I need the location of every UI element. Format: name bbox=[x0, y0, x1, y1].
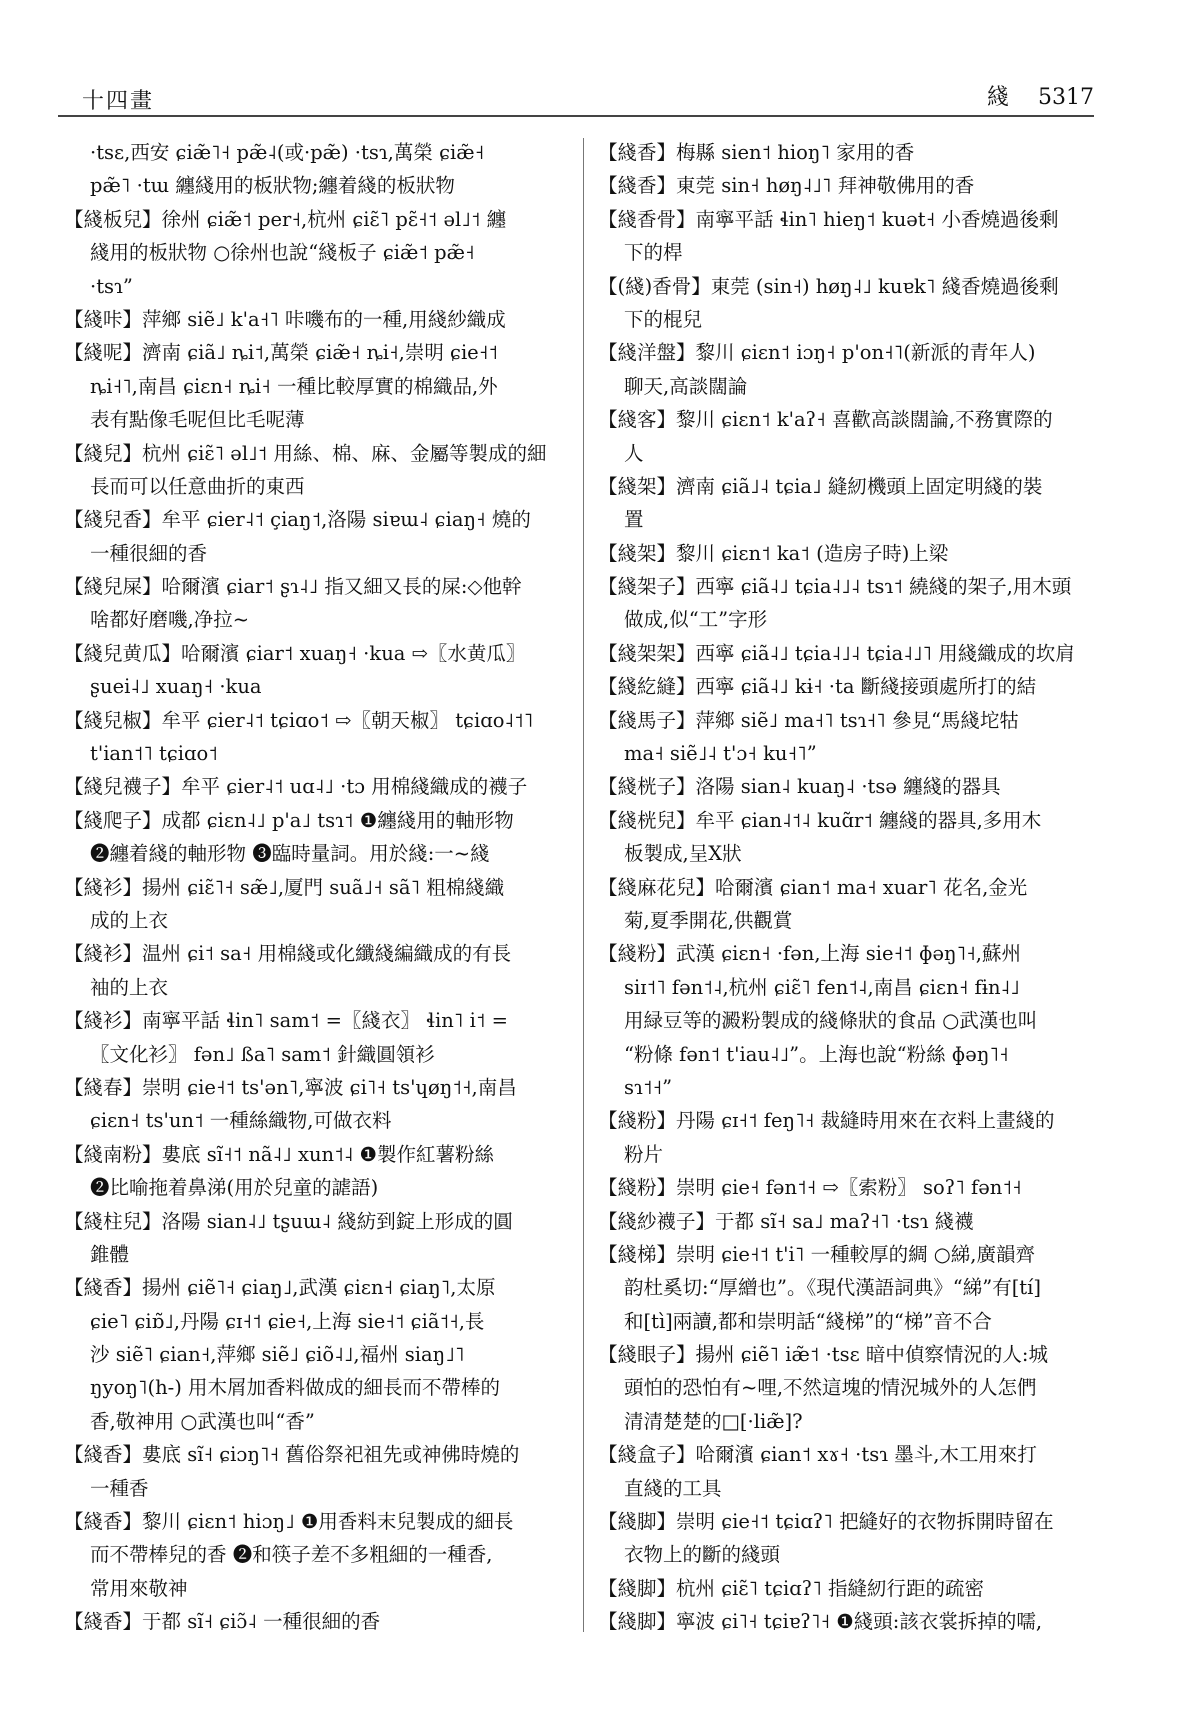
dictionary-entry-line: 【綫紗襪子】于都 sĩ˧ sa˩ maʔ˧˥ ·tsɿ 綫襪 bbox=[598, 1205, 1118, 1238]
dictionary-entry-line: 【綫兒椒】牟平 ɕier˨˦ tɕiɑo˦ ⇨〖朝天椒〗 tɕiɑo˨˦˥ bbox=[64, 704, 584, 737]
entry-continuation-line: 常用來敬神 bbox=[64, 1572, 584, 1605]
dictionary-entry-line: 【綫紇縫】西寧 ɕiã˨˩ kɨ˧ ·ta 斷綫接頭處所打的結 bbox=[598, 670, 1118, 703]
dictionary-entry-line: 【綫兒】杭州 ɕiɛ̃˥ əl˩˦ 用絲、棉、麻、金屬等製成的細 bbox=[64, 437, 584, 470]
dictionary-entry-line: 【綫脚】杭州 ɕiɛ̃˥ tɕiɑʔ˥ 指縫紉行距的疏密 bbox=[598, 1572, 1118, 1605]
dictionary-entry-line: 【綫香】揚州 ɕiẽ˥˧ ɕiaŋ˩,武漢 ɕiɛn˧ ɕiaŋ˥,太原 bbox=[64, 1271, 584, 1304]
dictionary-entry-line: 【綫衫】温州 ɕi˦ sa˧ 用棉綫或化纖綫編織成的有長 bbox=[64, 937, 584, 970]
entry-continuation-line: ·tsɿ” bbox=[64, 270, 584, 303]
entry-continuation-line: “粉條 fən˦ t'iau˨˩”。上海也說“粉絲 ɸəŋ˥˧ bbox=[598, 1038, 1118, 1071]
entry-continuation-line: 下的棍兒 bbox=[598, 303, 1118, 336]
dictionary-entry-line: 【綫香】東莞 sin˧ høŋ˨˩˥ 拜神敬佛用的香 bbox=[598, 169, 1118, 202]
dictionary-entry-line: 【綫粉】丹陽 ɕɪ˧˦ feŋ˥˧ 裁縫時用來在衣料上畫綫的 bbox=[598, 1104, 1118, 1137]
section-label: 十四畫 bbox=[82, 84, 154, 115]
dictionary-entry-line: 【綫兒襪子】牟平 ɕier˨˦ uɑ˨˩ ·tɔ 用棉綫織成的襪子 bbox=[64, 770, 584, 803]
entry-continuation-line: 袖的上衣 bbox=[64, 971, 584, 1004]
header-rule bbox=[58, 115, 1094, 117]
entry-continuation-line: 菊,夏季開花,供觀賞 bbox=[598, 904, 1118, 937]
dictionary-entry-line: 【綫麻花兒】哈爾濱 ɕian˦ ma˧ xuar˥ 花名,金光 bbox=[598, 871, 1118, 904]
entry-continuation-line: ɕie˥ ɕiɒ̃˩,丹陽 ɕɪ˧˦ ɕie˧,上海 sie˧˦ ɕiã˦˧,長 bbox=[64, 1305, 584, 1338]
entry-continuation-line: 清清楚楚的□[·liæ̃]? bbox=[598, 1405, 1118, 1438]
dictionary-entry-line: 【綫粉】武漢 ɕiɛn˧ ·fən,上海 sie˧˦ ɸəŋ˥˧,蘇州 bbox=[598, 937, 1118, 970]
entry-continuation-line: 長而可以任意曲折的東西 bbox=[64, 470, 584, 503]
dictionary-entry-line: 【綫桄子】洛陽 sian˨ kuaŋ˨ ·tsə 纏綫的器具 bbox=[598, 770, 1118, 803]
entry-continuation-line: ❷比喻拖着鼻涕(用於兒童的謔語) bbox=[64, 1171, 584, 1204]
dictionary-entry-line: 【綫兒黄瓜】哈爾濱 ɕiar˦ xuaŋ˧ ·kua ⇨〖水黄瓜〗 bbox=[64, 637, 584, 670]
dictionary-entry-line: 【綫香】于都 sĩ˧ ɕiɔ̃˨ 一種很細的香 bbox=[64, 1605, 584, 1638]
entry-continuation-line: 直綫的工具 bbox=[598, 1472, 1118, 1505]
entry-continuation-line: 下的桿 bbox=[598, 236, 1118, 269]
page-number: 5317 bbox=[1038, 85, 1094, 110]
head-character: 綫 bbox=[987, 85, 1009, 110]
dictionary-entry-line: 【綫桄兒】牟平 ɕian˨˦˨ kuɑ̃r˦ 纏綫的器具,多用木 bbox=[598, 804, 1118, 837]
dictionary-entry-line: 【綫衫】南寧平話 ɬin˥ sam˦ =〖綫衣〗 ɬin˥ i˦ = bbox=[64, 1004, 584, 1037]
entry-continuation-line: 聊天,高談闊論 bbox=[598, 370, 1118, 403]
entry-continuation-line: ɕiɛn˧ ts'un˦ 一種絲織物,可做衣料 bbox=[64, 1104, 584, 1137]
page-head-info: 綫 5317 bbox=[987, 80, 1094, 111]
dictionary-entry-line: 【綫春】崇明 ɕie˧˦ ts'ən˥,寧波 ɕi˥˧ ts'ɥøŋ˦˧,南昌 bbox=[64, 1071, 584, 1104]
dictionary-entry-line: 【綫架】黎川 ɕiɛn˦ ka˦ (造房子時)上梁 bbox=[598, 537, 1118, 570]
entry-continuation-line: siɪ˦˥ fən˦˨,杭州 ɕiɛ̃˥ fen˦˨,南昌 ɕiɛn˧ fɨn˨… bbox=[598, 971, 1118, 1004]
entry-continuation-line: ʂuei˨˩ xuaŋ˧ ·kua bbox=[64, 670, 584, 703]
dictionary-entry-line: 【綫香骨】南寧平話 ɬin˥ hieŋ˦ kuət˧ 小香燒過後剩 bbox=[598, 203, 1118, 236]
entry-continuation-line: 成的上衣 bbox=[64, 904, 584, 937]
dictionary-entry-line: 【綫香】梅縣 sien˦ hioŋ˥ 家用的香 bbox=[598, 136, 1118, 169]
entry-continuation-line: ȵi˧˥,南昌 ɕiɛn˧ ȵi˧ 一種比較厚實的棉織品,外 bbox=[64, 370, 584, 403]
entry-continuation-line: 一種香 bbox=[64, 1472, 584, 1505]
entry-continuation-line: ma˧ siẽ˩˨ t'ɔ˧ ku˧˥” bbox=[598, 737, 1118, 770]
dictionary-entry-line: 【綫板兒】徐州 ɕiæ̃˦ per˧,杭州 ɕiɛ̃˥ pɛ̃˧˦ əl˩˦ 纏 bbox=[64, 203, 584, 236]
entry-continuation-line: 頭怕的恐怕有~哩,不然這塊的情況城外的人怎們 bbox=[598, 1371, 1118, 1404]
entry-continuation-line: 板製成,呈X狀 bbox=[598, 837, 1118, 870]
entry-continuation-line: 香,敬神用 ○武漢也叫“香” bbox=[64, 1405, 584, 1438]
dictionary-entry-line: 【綫柱兒】洛陽 sian˨˩ tʂuɯ˨ 綫紡到錠上形成的圓 bbox=[64, 1205, 584, 1238]
dictionary-entry-line: 【綫粉】崇明 ɕie˧ fən˦˧ ⇨〖索粉〗 soʔ˥ fən˦˧ bbox=[598, 1171, 1118, 1204]
entry-continuation-line: 綫用的板狀物 ○徐州也說“綫板子 ɕiæ̃˦ pæ̃˧ bbox=[64, 236, 584, 269]
entry-continuation-line: sɿ˦˧” bbox=[598, 1071, 1118, 1104]
dictionary-entry-line: 【綫香】婁底 sĩ˧ ɕiɔŋ˥˧ 舊俗祭祀祖先或神佛時燒的 bbox=[64, 1438, 584, 1471]
entry-continuation-line: 〖文化衫〗 fən˩ ßa˥ sam˦ 針織圓領衫 bbox=[64, 1038, 584, 1071]
left-column: ·tsɛ,西安 ɕiæ̃˥˧ pæ̃˨(或·pæ̃) ·tsɿ,萬榮 ɕiæ̃˧… bbox=[64, 136, 584, 1639]
dictionary-entry-line: 【綫架子】西寧 ɕiã˨˩ tɕia˨˩˨ tsɿ˦ 繞綫的架子,用木頭 bbox=[598, 570, 1118, 603]
entry-continuation-line: pæ̃˥ ·tɯ 纏綫用的板狀物;纏着綫的板狀物 bbox=[64, 169, 584, 202]
dictionary-entry-line: 【綫梯】崇明 ɕie˧˦ t'i˥ 一種較厚的綢 ○綈,廣韻齊 bbox=[598, 1238, 1118, 1271]
entry-continuation-line: 表有點像毛呢但比毛呢薄 bbox=[64, 403, 584, 436]
dictionary-entry-line: 【綫馬子】萍鄉 siẽ˩ ma˧˥ tsɿ˧˥ 參見“馬綫坨牯 bbox=[598, 704, 1118, 737]
entry-continuation-line: 人 bbox=[598, 437, 1118, 470]
entry-continuation-line: 錐體 bbox=[64, 1238, 584, 1271]
entry-continuation-line: ŋyoŋ˥(h-) 用木屑加香料做成的細長而不帶棒的 bbox=[64, 1371, 584, 1404]
dictionary-entry-line: 【綫脚】崇明 ɕie˧˦ tɕiɑʔ˥ 把縫好的衣物拆開時留在 bbox=[598, 1505, 1118, 1538]
dictionary-entry-line: 【綫衫】揚州 ɕiɛ̃˥˧ sæ̃˩,厦門 suã˩˧ sã˥ 粗棉綫織 bbox=[64, 871, 584, 904]
dictionary-entry-line: 【綫咔】萍鄉 siẽ˩ k'a˧˥ 咔嘰布的一種,用綫紗織成 bbox=[64, 303, 584, 336]
entry-continuation-line: ❷纏着綫的軸形物 ❸臨時量詞。用於綫:一~綫 bbox=[64, 837, 584, 870]
entry-continuation-line: 用緑豆等的澱粉製成的綫條狀的食品 ○武漢也叫 bbox=[598, 1004, 1118, 1037]
right-column: 【綫香】梅縣 sien˦ hioŋ˥ 家用的香【綫香】東莞 sin˧ høŋ˨˩… bbox=[598, 136, 1118, 1639]
dictionary-entry-line: 【綫兒屎】哈爾濱 ɕiar˦ ʂɿ˨˩ 指又細又長的屎:◇他幹 bbox=[64, 570, 584, 603]
page-header: 十四畫 綫 5317 bbox=[58, 70, 1094, 120]
dictionary-entry-line: 【綫呢】濟南 ɕiã˩ ȵi˦,萬榮 ɕiæ̃˧ ȵi˧,崇明 ɕie˧˦ bbox=[64, 336, 584, 369]
entry-continuation-line: t'ian˦˥ tɕiɑo˦ bbox=[64, 737, 584, 770]
dictionary-entry-line: 【綫爬子】成都 ɕiɛn˨˩ p'a˩ tsɿ˦ ❶纏綫用的軸形物 bbox=[64, 804, 584, 837]
entry-continuation-line: 韵杜奚切:“厚繒也”。《現代漢語詞典》“綈”有[tí] bbox=[598, 1271, 1118, 1304]
entry-continuation-line: 啥都好磨嘰,净拉~ bbox=[64, 603, 584, 636]
dictionary-entry-line: 【綫兒香】牟平 ɕier˨˦ çiaŋ˦,洛陽 siɐɯ˨ ɕiaŋ˧ 燒的 bbox=[64, 503, 584, 536]
entry-continuation-line: ·tsɛ,西安 ɕiæ̃˥˧ pæ̃˨(或·pæ̃) ·tsɿ,萬榮 ɕiæ̃˧ bbox=[64, 136, 584, 169]
dictionary-entry-line: 【(綫)香骨】東莞 (sin˧) høŋ˨˩ kuɐk˥ 綫香燒過後剩 bbox=[598, 270, 1118, 303]
dictionary-entry-line: 【綫脚】寧波 ɕi˥˧ tɕiɐʔ˥˧ ❶綫頭:該衣裳拆掉的嚅, bbox=[598, 1605, 1118, 1638]
entry-continuation-line: 而不帶棒兒的香 ❷和筷子差不多粗細的一種香, bbox=[64, 1538, 584, 1571]
dictionary-entry-line: 【綫架架】西寧 ɕiã˨˩ tɕia˨˩˨ tɕia˨˩˥ 用綫織成的坎肩 bbox=[598, 637, 1118, 670]
dictionary-entry-line: 【綫香】黎川 ɕiɛn˦ hiɔŋ˩ ❶用香料末兒製成的細長 bbox=[64, 1505, 584, 1538]
entry-continuation-line: 粉片 bbox=[598, 1138, 1118, 1171]
entry-continuation-line: 沙 siẽ˥ ɕian˧,萍鄉 siẽ˩ ɕiõ˨˩,福州 siaŋ˩˥ bbox=[64, 1338, 584, 1371]
entry-continuation-line: 衣物上的斷的綫頭 bbox=[598, 1538, 1118, 1571]
entry-continuation-line: 置 bbox=[598, 503, 1118, 536]
dictionary-entry-line: 【綫南粉】婁底 sĩ˧˦ nã˨˩ xun˦˨ ❶製作紅薯粉絲 bbox=[64, 1138, 584, 1171]
dictionary-entry-line: 【綫眼子】揚州 ɕiẽ˥ iæ̃˦ ·tsɛ 暗中偵察情況的人:城 bbox=[598, 1338, 1118, 1371]
dictionary-entry-line: 【綫架】濟南 ɕiã˩˨ tɕia˩ 縫紉機頭上固定明綫的裝 bbox=[598, 470, 1118, 503]
dictionary-entry-line: 【綫客】黎川 ɕiɛn˦ k'aʔ˧ 喜歡高談闊論,不務實際的 bbox=[598, 403, 1118, 436]
entry-continuation-line: 和[tì]兩讀,都和崇明話“綫梯”的“梯”音不合 bbox=[598, 1305, 1118, 1338]
entry-continuation-line: 一種很細的香 bbox=[64, 537, 584, 570]
dictionary-entry-line: 【綫盒子】哈爾濱 ɕian˦ xɤ˧ ·tsɿ 墨斗,木工用來打 bbox=[598, 1438, 1118, 1471]
dictionary-entry-line: 【綫洋盤】黎川 ɕiɛn˦ iɔŋ˧ p'on˧˥(新派的青年人) bbox=[598, 336, 1118, 369]
entry-continuation-line: 做成,似“工”字形 bbox=[598, 603, 1118, 636]
